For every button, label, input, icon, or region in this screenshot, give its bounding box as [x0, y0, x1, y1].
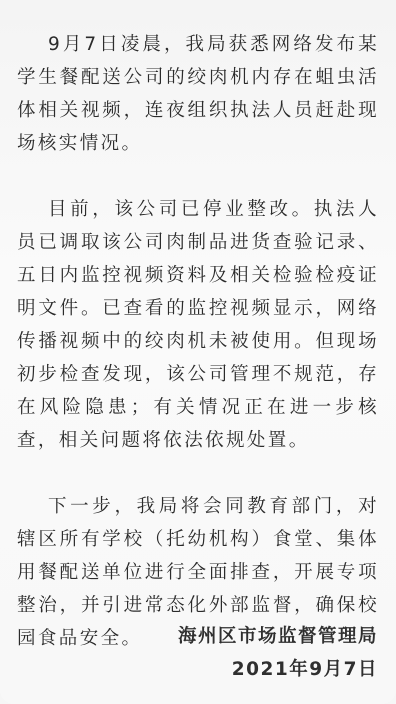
notice-page: 9月7日凌晨，我局获悉网络发布某学生餐配送公司的绞肉机内存在蛆虫活体相关视频，连…: [0, 0, 396, 704]
paragraph-incident: 9月7日凌晨，我局获悉网络发布某学生餐配送公司的绞肉机内存在蛆虫活体相关视频，连…: [17, 28, 379, 160]
signature-block: 海州区市场监督管理局 2021年9月7日: [178, 620, 378, 686]
paragraph-investigation: 目前，该公司已停业整改。执法人员已调取该公司肉制品进货查验记录、五日内监控视频资…: [17, 193, 379, 457]
notice-body: 9月7日凌晨，我局获悉网络发布某学生餐配送公司的绞肉机内存在蛆虫活体相关视频，连…: [17, 28, 379, 688]
issuer-name: 海州区市场监督管理局: [178, 620, 378, 653]
issue-date: 2021年9月7日: [178, 653, 378, 686]
